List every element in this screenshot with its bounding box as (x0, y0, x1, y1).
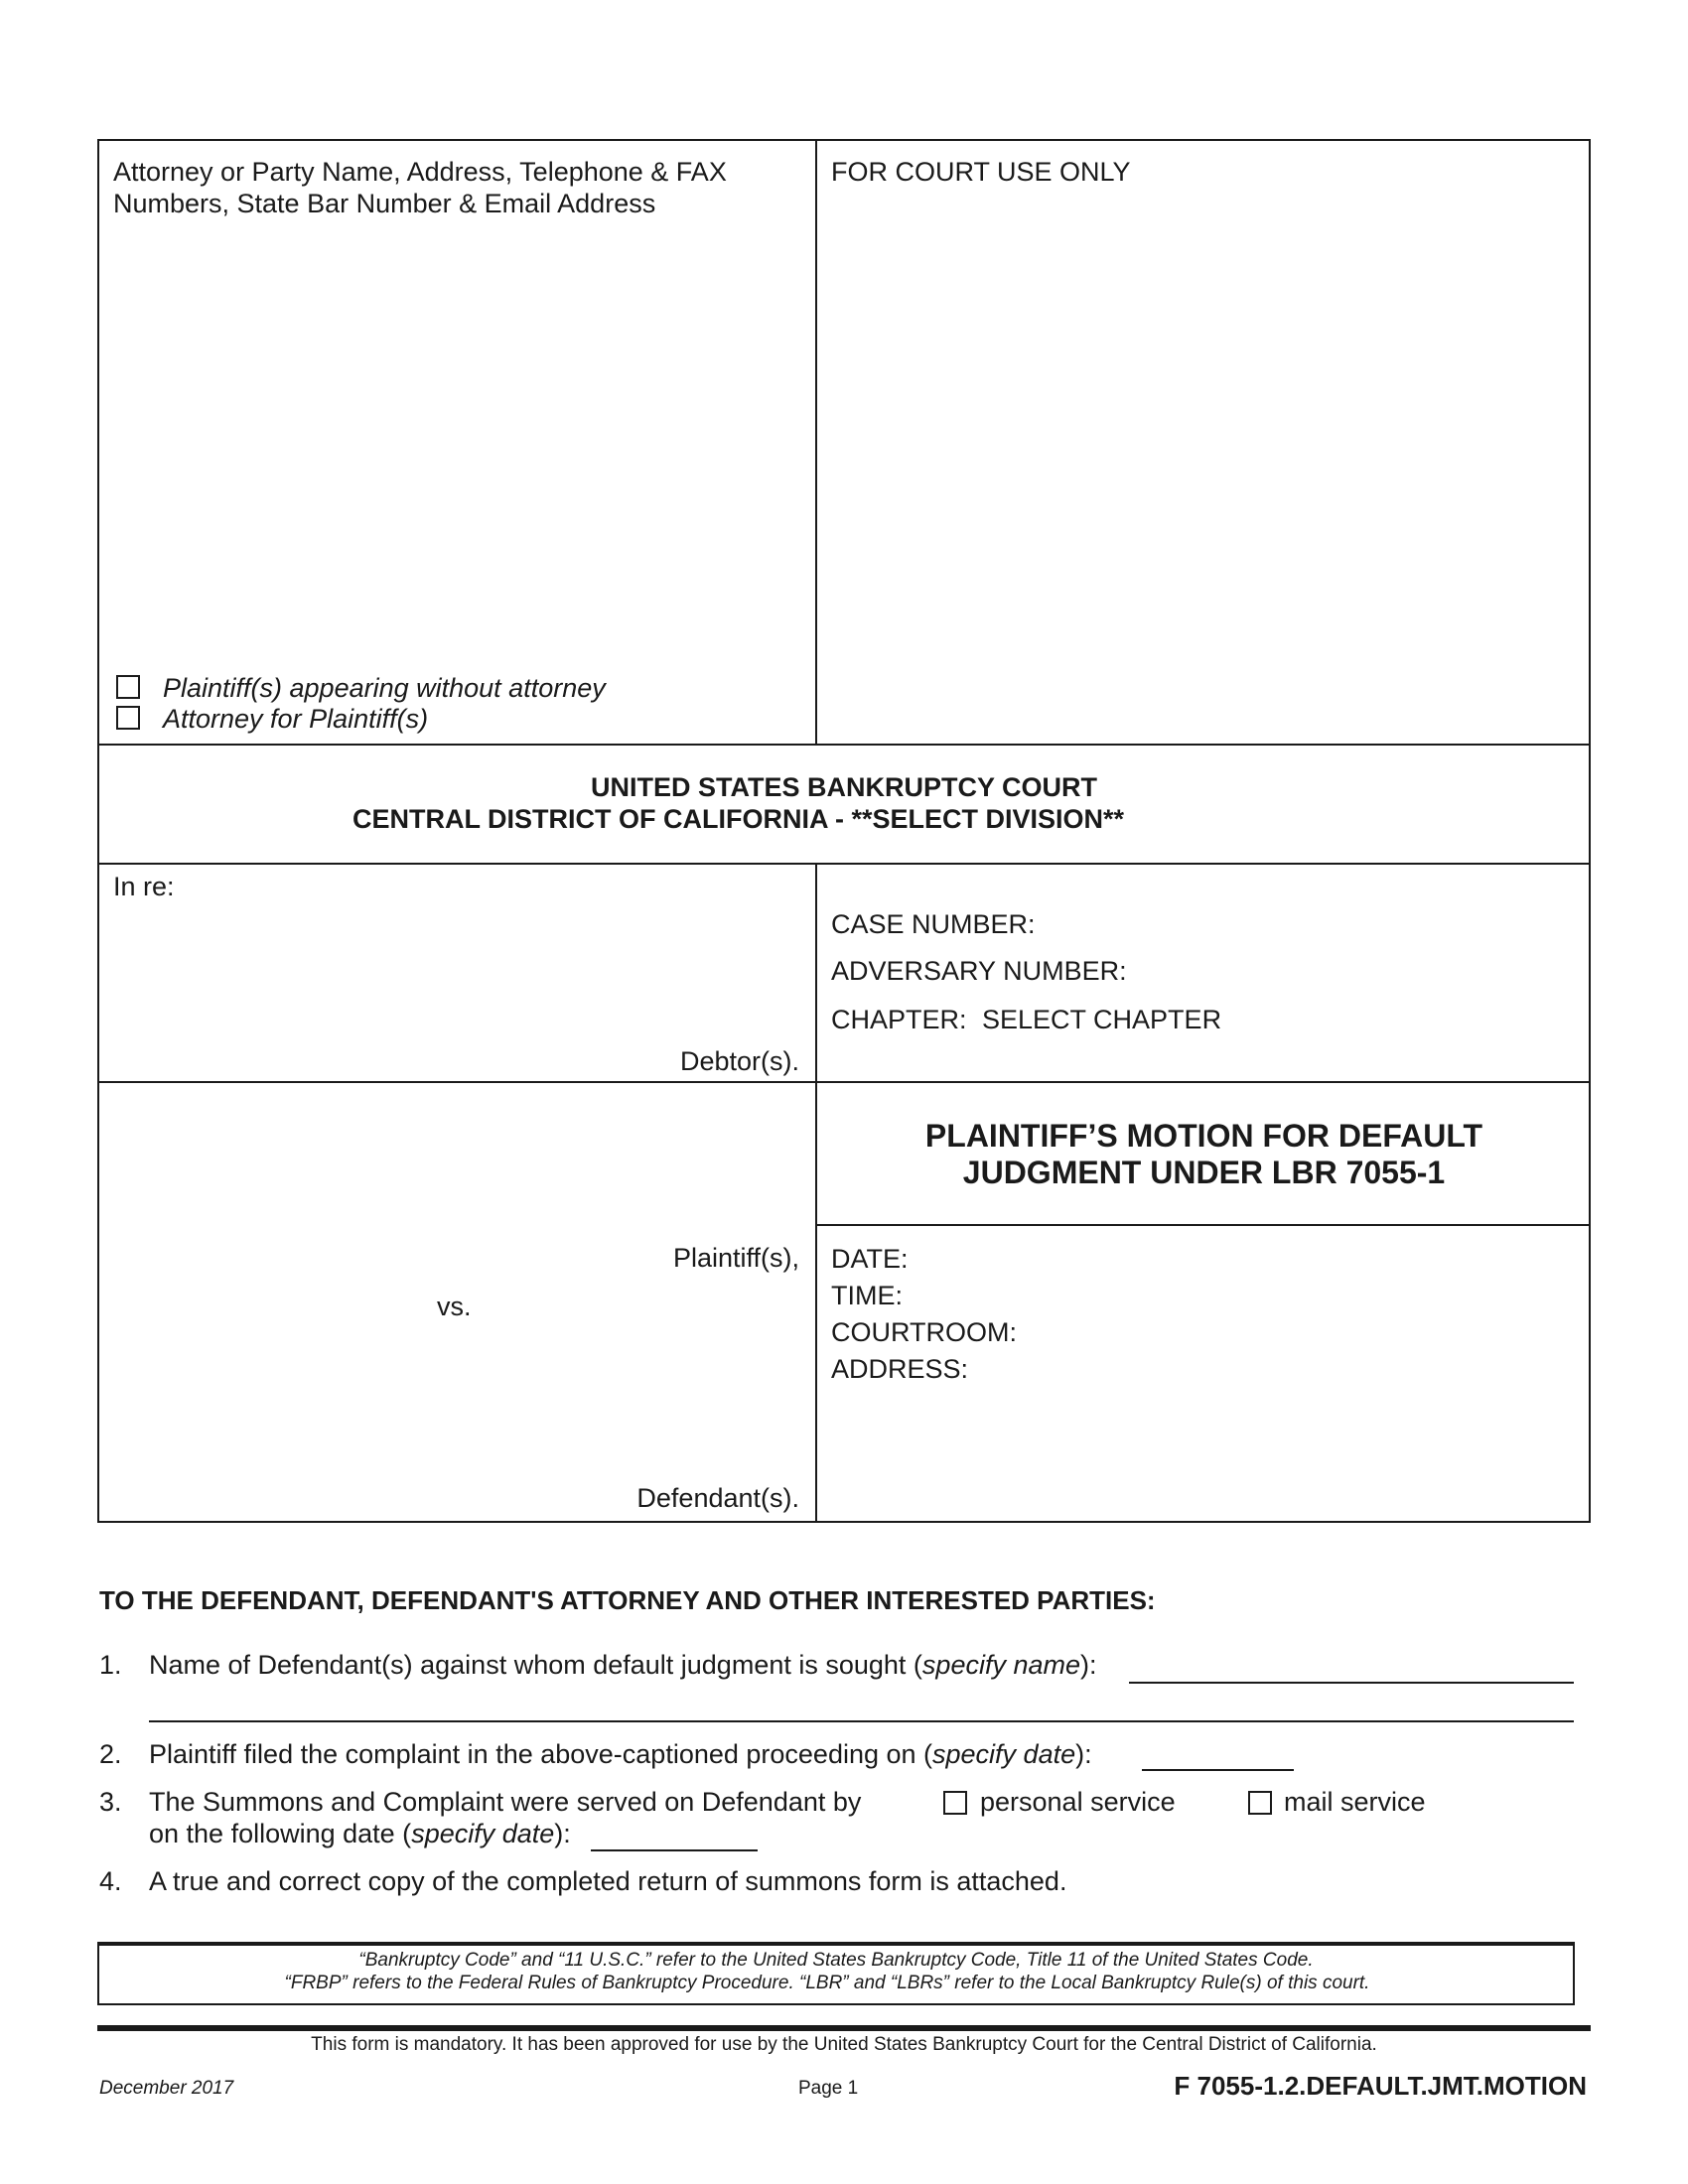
mail-service-checkbox[interactable] (1248, 1791, 1272, 1815)
hearing-courtroom-label: COURTROOM: (831, 1316, 1017, 1348)
personal-service-label: personal service (980, 1786, 1176, 1818)
defendant-name-blank[interactable] (1129, 1682, 1574, 1684)
debtor-label: Debtor(s). (97, 1045, 799, 1077)
pro-se-checkbox[interactable] (116, 675, 140, 699)
attorney-for-plaintiff-label: Attorney for Plaintiff(s) (163, 703, 428, 735)
attorney-for-plaintiff-checkbox[interactable] (116, 706, 140, 730)
adversary-number-label: ADVERSARY NUMBER: (831, 955, 1127, 987)
form-id: F 7055-1.2.DEFAULT.JMT.MOTION (97, 2071, 1587, 2101)
item-2-text: Plaintiff filed the complaint in the abo… (149, 1738, 1092, 1770)
chapter-label: CHAPTER: (831, 1004, 967, 1035)
attorney-label-line1: Attorney or Party Name, Address, Telepho… (113, 156, 727, 188)
row-divider (97, 744, 1591, 746)
document-title-line2: JUDGMENT UNDER LBR 7055-1 (817, 1155, 1591, 1190)
column-divider (815, 139, 817, 745)
defendant-name-blank-2[interactable] (149, 1720, 1574, 1722)
row-divider (815, 1224, 1591, 1226)
hearing-time-label: TIME: (831, 1280, 903, 1311)
court-district: CENTRAL DISTRICT OF CALIFORNIA - **SELEC… (352, 803, 1124, 835)
court-use-label: FOR COURT USE ONLY (831, 156, 1131, 188)
footer-rule (97, 2025, 1591, 2031)
item-1-text: Name of Defendant(s) against whom defaul… (149, 1649, 1097, 1681)
hearing-address-label: ADDRESS: (831, 1353, 968, 1385)
document-title-line1: PLAINTIFF’S MOTION FOR DEFAULT (817, 1118, 1591, 1154)
definitions-line2: “FRBP” refers to the Federal Rules of Ba… (97, 1972, 1557, 1995)
item-4-text: A true and correct copy of the completed… (149, 1865, 1066, 1897)
attorney-info-field[interactable] (109, 228, 804, 665)
plaintiff-name-field[interactable] (109, 1092, 804, 1231)
notice-heading: TO THE DEFENDANT, DEFENDANT'S ATTORNEY A… (99, 1584, 1156, 1616)
row-divider (97, 1081, 1591, 1083)
vs-label: vs. (437, 1291, 472, 1322)
item-1-number: 1. (99, 1649, 122, 1681)
defendant-label: Defendant(s). (97, 1482, 799, 1514)
defendant-name-field[interactable] (109, 1330, 804, 1469)
mandatory-notice: This form is mandatory. It has been appr… (97, 2033, 1591, 2057)
row-divider (97, 863, 1591, 865)
hearing-date-label: DATE: (831, 1243, 909, 1275)
plaintiff-label: Plaintiff(s), (97, 1242, 799, 1274)
service-date-blank[interactable] (591, 1849, 758, 1851)
item-4-number: 4. (99, 1865, 122, 1897)
case-number-label: CASE NUMBER: (831, 908, 1036, 940)
personal-service-checkbox[interactable] (943, 1791, 967, 1815)
in-re-label: In re: (113, 871, 175, 902)
column-divider (815, 863, 817, 1523)
mail-service-label: mail service (1284, 1786, 1426, 1818)
complaint-date-blank[interactable] (1142, 1769, 1294, 1771)
item-3-number: 3. (99, 1786, 122, 1818)
court-name: UNITED STATES BANKRUPTCY COURT (97, 771, 1591, 803)
chapter-select[interactable]: SELECT CHAPTER (982, 1004, 1221, 1035)
pro-se-label: Plaintiff(s) appearing without attorney (163, 672, 606, 704)
definitions-line1: “Bankruptcy Code” and “11 U.S.C.” refer … (97, 1949, 1575, 1973)
item-2-number: 2. (99, 1738, 122, 1770)
item-3-text: The Summons and Complaint were served on… (149, 1786, 861, 1818)
item-3-date-text: on the following date (specify date): (149, 1818, 571, 1849)
attorney-label-line2: Numbers, State Bar Number & Email Addres… (113, 188, 655, 219)
debtor-name-field[interactable] (109, 903, 804, 1032)
